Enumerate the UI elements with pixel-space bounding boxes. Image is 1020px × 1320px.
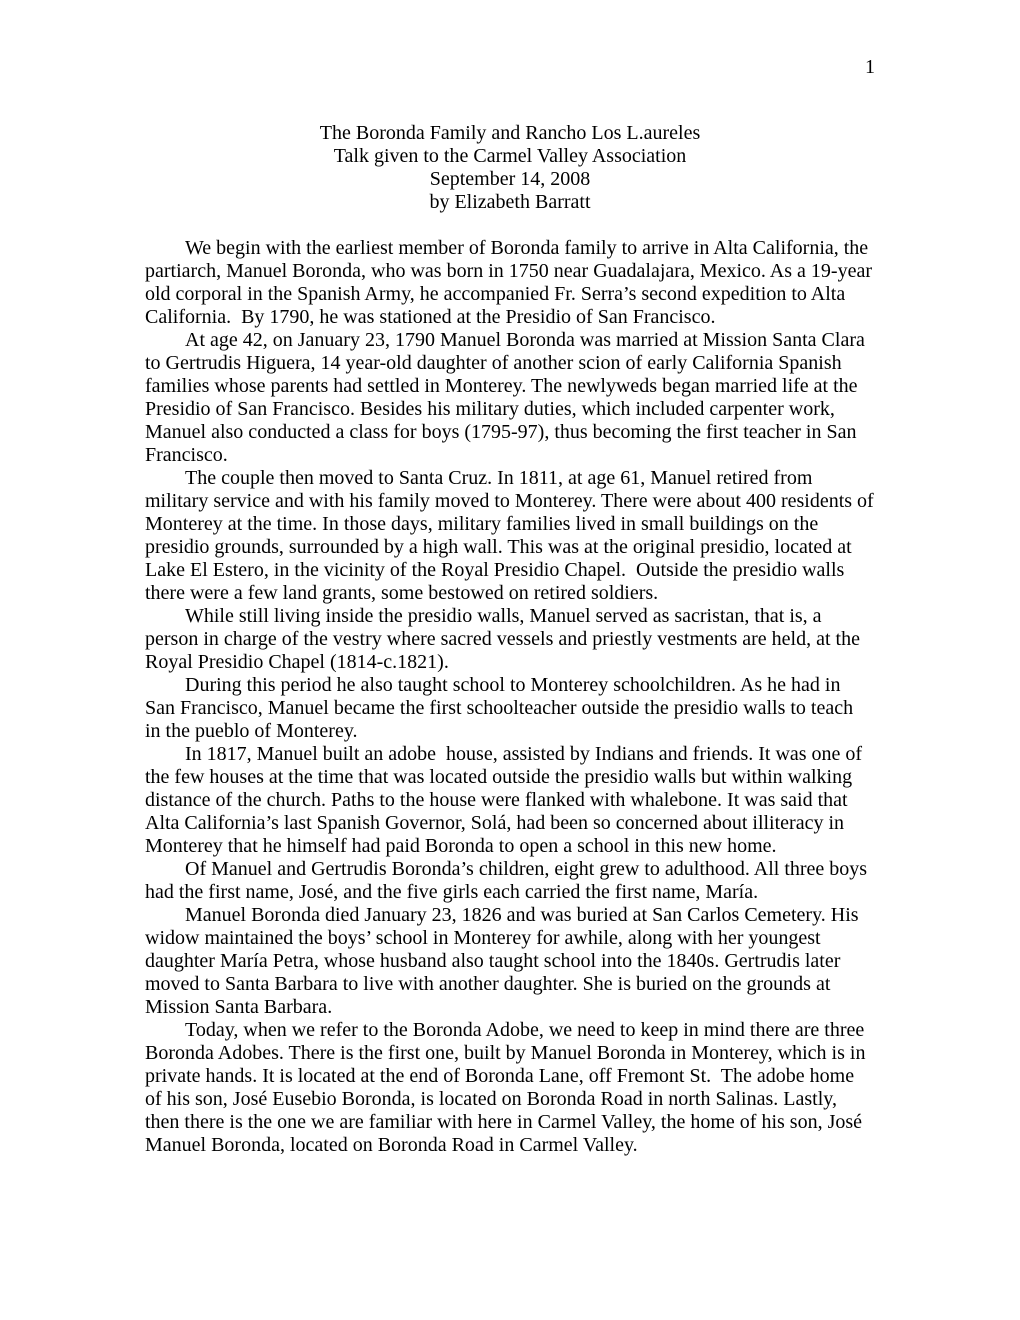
document-content: The Boronda Family and Rancho Los L.aure…: [145, 122, 875, 1157]
paragraph-intro: We begin with the earliest member of Bor…: [145, 237, 875, 329]
page-number: 1: [145, 56, 875, 79]
document-title: The Boronda Family and Rancho Los L.aure…: [145, 122, 875, 145]
paragraph-schoolteacher: During this period he also taught school…: [145, 674, 875, 743]
paragraph-sacristan: While still living inside the presidio w…: [145, 605, 875, 674]
title-block: The Boronda Family and Rancho Los L.aure…: [145, 122, 875, 214]
paragraph-move-to-monterey: The couple then moved to Santa Cruz. In …: [145, 467, 875, 605]
document-date: September 14, 2008: [145, 168, 875, 191]
paragraph-children: Of Manuel and Gertrudis Boronda’s childr…: [145, 858, 875, 904]
paragraph-three-adobes: Today, when we refer to the Boronda Adob…: [145, 1019, 875, 1157]
paragraph-marriage: At age 42, on January 23, 1790 Manuel Bo…: [145, 329, 875, 467]
paragraph-death: Manuel Boronda died January 23, 1826 and…: [145, 904, 875, 1019]
document-author: by Elizabeth Barratt: [145, 191, 875, 214]
body-text: We begin with the earliest member of Bor…: [145, 237, 875, 1157]
document-page: 1 The Boronda Family and Rancho Los L.au…: [0, 0, 1020, 1320]
paragraph-adobe-house: In 1817, Manuel built an adobe house, as…: [145, 743, 875, 858]
document-subtitle: Talk given to the Carmel Valley Associat…: [145, 145, 875, 168]
